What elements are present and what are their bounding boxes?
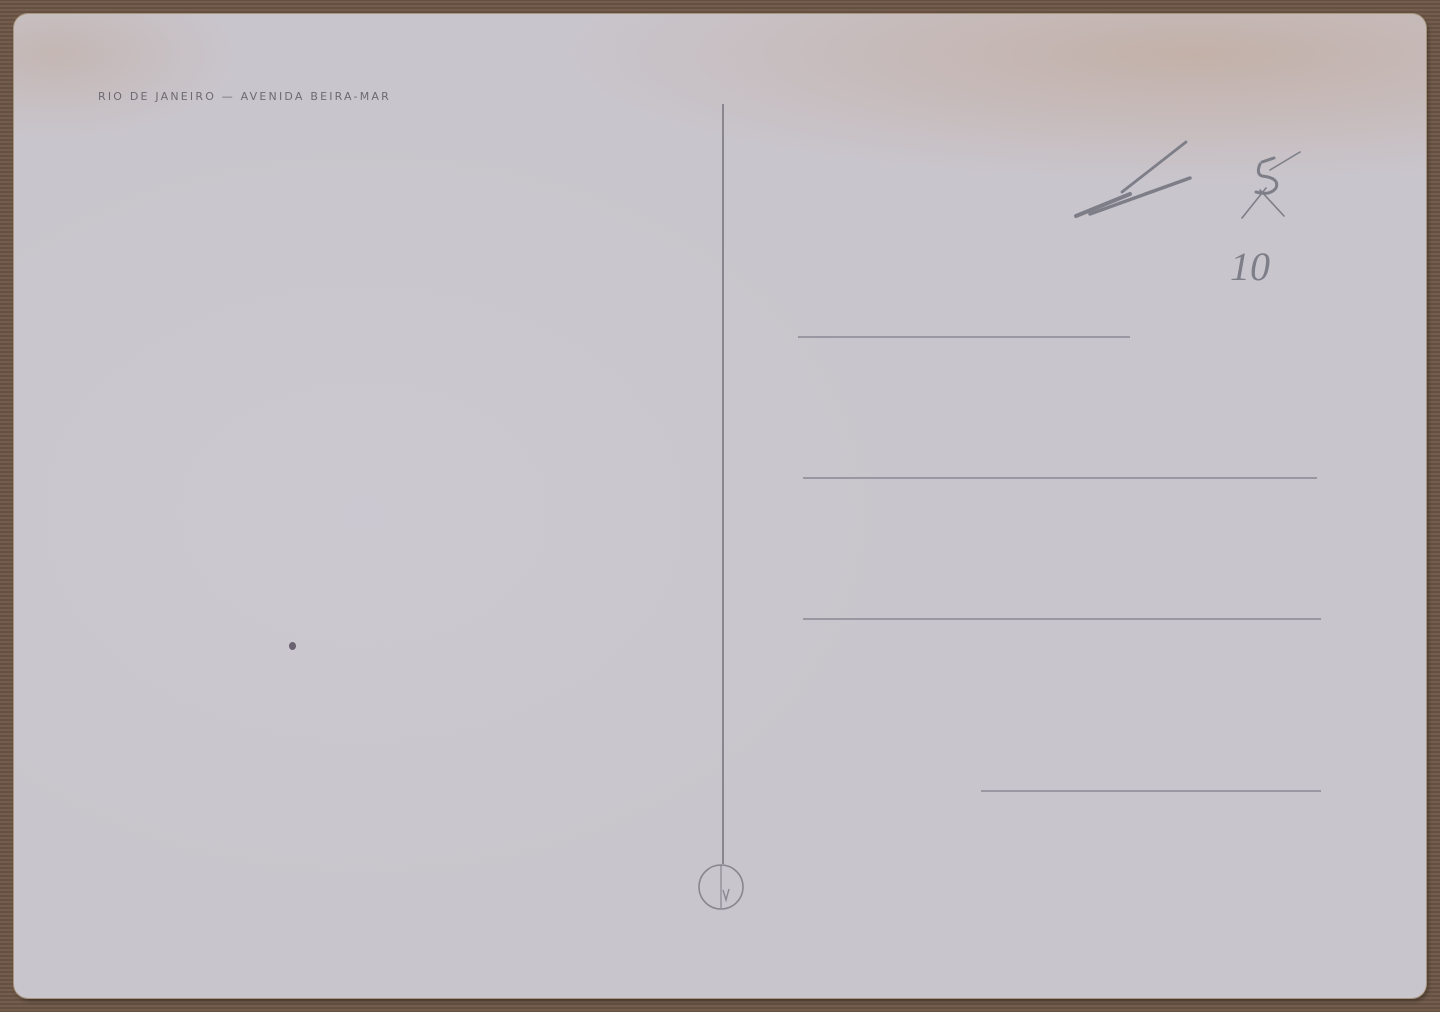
price-note: 10 bbox=[1230, 244, 1270, 289]
ink-spot bbox=[289, 642, 296, 650]
checkmark-icon bbox=[1076, 194, 1130, 216]
address-line-3 bbox=[803, 618, 1321, 620]
pencil-price-notes: 10 bbox=[1070, 130, 1310, 290]
address-line-4 bbox=[981, 790, 1321, 792]
postcard-back: RIO DE JANEIRO — AVENIDA BEIRA-MAR W 10 bbox=[14, 14, 1426, 998]
postcard-caption: RIO DE JANEIRO — AVENIDA BEIRA-MAR bbox=[98, 90, 391, 103]
address-line-1 bbox=[798, 336, 1130, 338]
logo-monogram: W bbox=[696, 862, 697, 863]
publisher-logo-icon: W bbox=[696, 862, 746, 912]
address-line-2 bbox=[803, 477, 1317, 479]
center-divider-line bbox=[722, 104, 724, 864]
